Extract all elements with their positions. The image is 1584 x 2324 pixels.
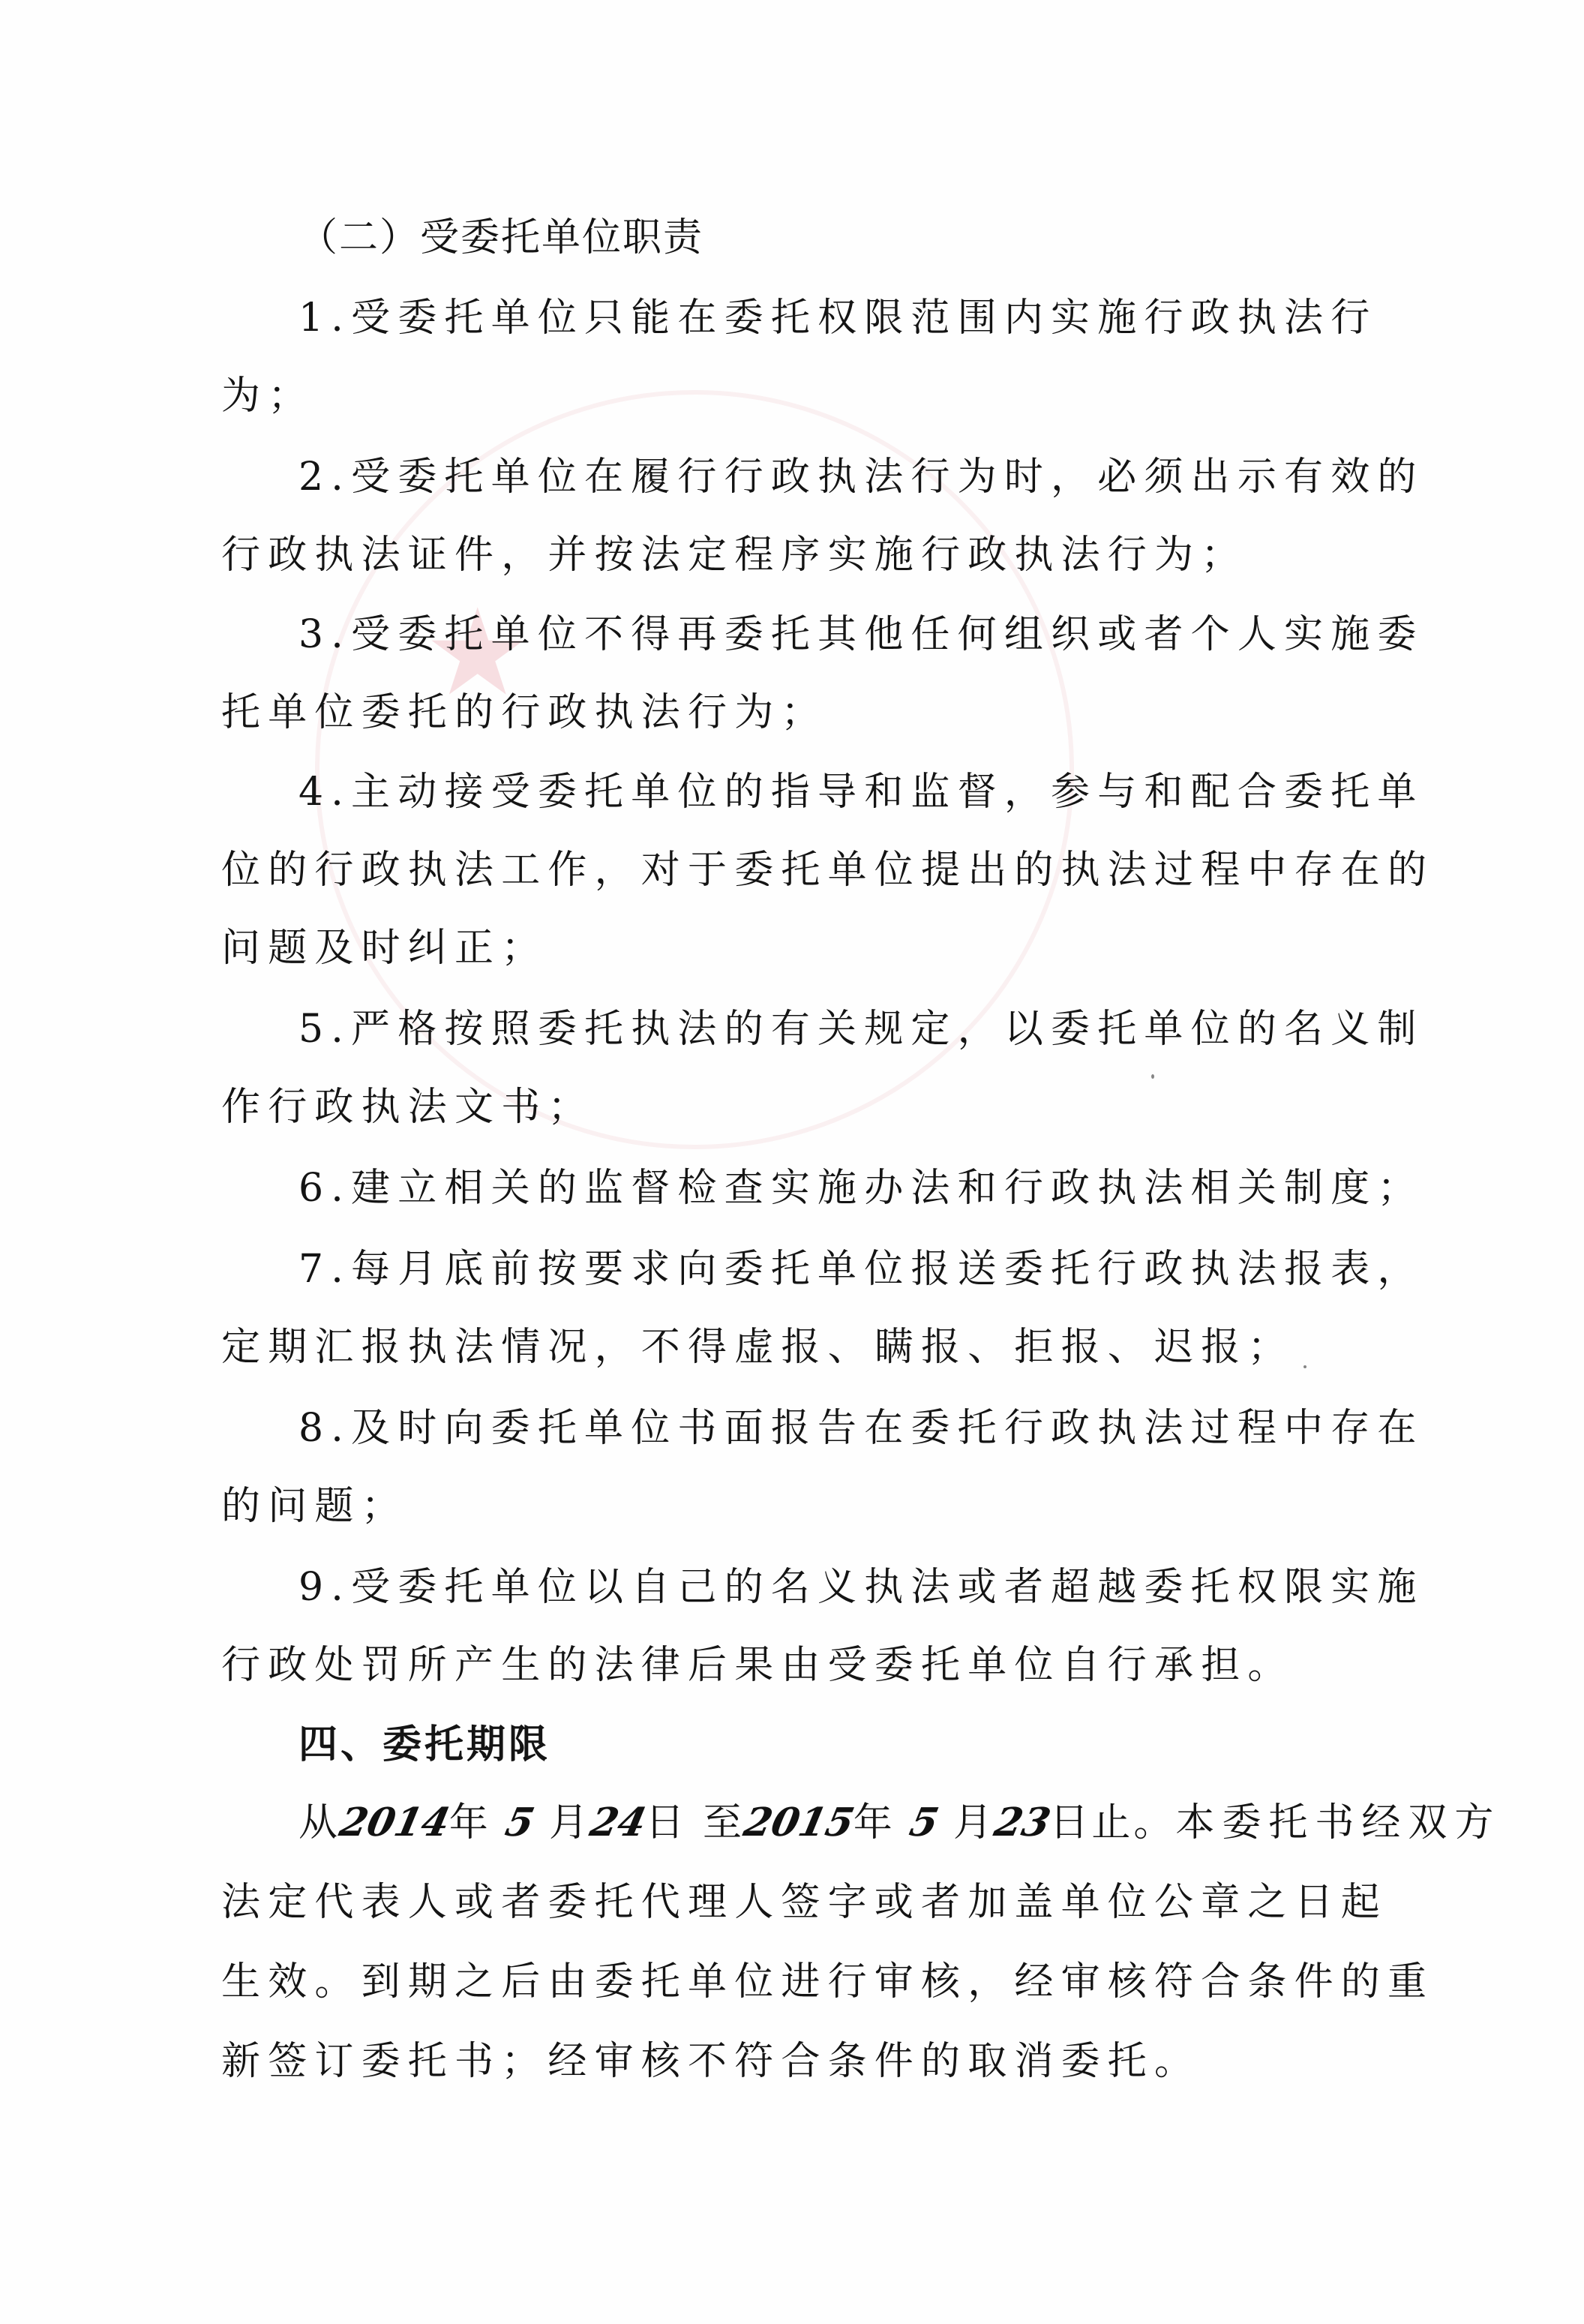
item-3-line-2: 托单位委托的行政执法行为；: [221, 689, 1346, 737]
handwritten-start-month: 5: [501, 1799, 538, 1847]
term-line-4: 新签订委托书；经审核不符合条件的取消委托。: [221, 2037, 1346, 2085]
item-6-line-1: 6.建立相关的监督检查实施办法和行政执法相关制度；: [298, 1164, 1423, 1212]
handwritten-end-day: 23: [990, 1799, 1054, 1847]
item-4-line-2: 位的行政执法工作，对于委托单位提出的执法过程中存在的: [221, 846, 1346, 894]
item-4-line-3: 问题及时纠正；: [221, 924, 1346, 972]
handwritten-end-month: 5: [905, 1799, 943, 1847]
year-label: 年: [449, 1800, 491, 1845]
term-line-2: 法定代表人或者委托代理人签字或者加盖单位公章之日起: [221, 1878, 1346, 1926]
item-7-line-1: 7.每月底前按要求向委托单位报送委托行政执法报表，: [298, 1245, 1423, 1293]
item-4-line-1: 4.主动接受委托单位的指导和监督，参与和配合委托单: [298, 768, 1423, 816]
period-to: 至: [703, 1800, 745, 1845]
period-tail: 本委托书经双方: [1175, 1800, 1501, 1845]
item-2-line-2: 行政执法证件，并按法定程序实施行政执法行为；: [221, 531, 1346, 579]
handwritten-start-day: 24: [586, 1799, 650, 1847]
item-9-line-1: 9.受委托单位以自己的名义执法或者超越委托权限实施: [298, 1563, 1423, 1611]
handwritten-start-year: 2014: [335, 1799, 454, 1847]
item-7-line-2: 定期汇报执法情况，不得虚报、瞒报、拒报、迟报；: [221, 1323, 1346, 1371]
year-label-2: 年: [853, 1800, 895, 1845]
month-label: 月: [549, 1800, 591, 1845]
item-1-line-1: 1.受委托单位只能在委托权限范围内实施行政执法行: [298, 294, 1423, 342]
scan-speck: [1151, 1074, 1154, 1079]
item-5-line-2: 作行政执法文书；: [221, 1083, 1346, 1131]
term-line-3: 生效。到期之后由委托单位进行审核，经审核符合条件的重: [221, 1958, 1346, 2006]
day-label: 日: [645, 1800, 687, 1845]
month-label-2: 月: [953, 1800, 995, 1845]
document-page: ★ （二）受委托单位职责 1.受委托单位只能在委托权限范围内实施行政执法行 为；…: [0, 0, 1584, 2324]
scan-speck: [1303, 1365, 1306, 1368]
term-section-heading: 四、委托期限: [298, 1721, 1423, 1769]
term-period-line: 从2014年 5 月24日 至2015年 5 月23日止。本委托书经双方: [298, 1799, 1423, 1847]
period-prefix: 从: [298, 1800, 340, 1845]
section-heading: （二）受委托单位职责: [298, 214, 1423, 262]
item-8-line-2: 的问题；: [221, 1482, 1346, 1530]
end-suffix: 日止。: [1049, 1800, 1175, 1845]
item-3-line-1: 3.受委托单位不得再委托其他任何组织或者个人实施委: [298, 611, 1423, 659]
item-9-line-2: 行政处罚所产生的法律后果由受委托单位自行承担。: [221, 1641, 1346, 1689]
item-1-line-2: 为；: [221, 372, 1346, 420]
item-8-line-1: 8.及时向委托单位书面报告在委托行政执法过程中存在: [298, 1404, 1423, 1452]
handwritten-end-year: 2015: [739, 1799, 858, 1847]
item-5-line-1: 5.严格按照委托执法的有关规定，以委托单位的名义制: [298, 1005, 1423, 1053]
item-2-line-1: 2.受委托单位在履行行政执法行为时，必须出示有效的: [298, 453, 1423, 501]
